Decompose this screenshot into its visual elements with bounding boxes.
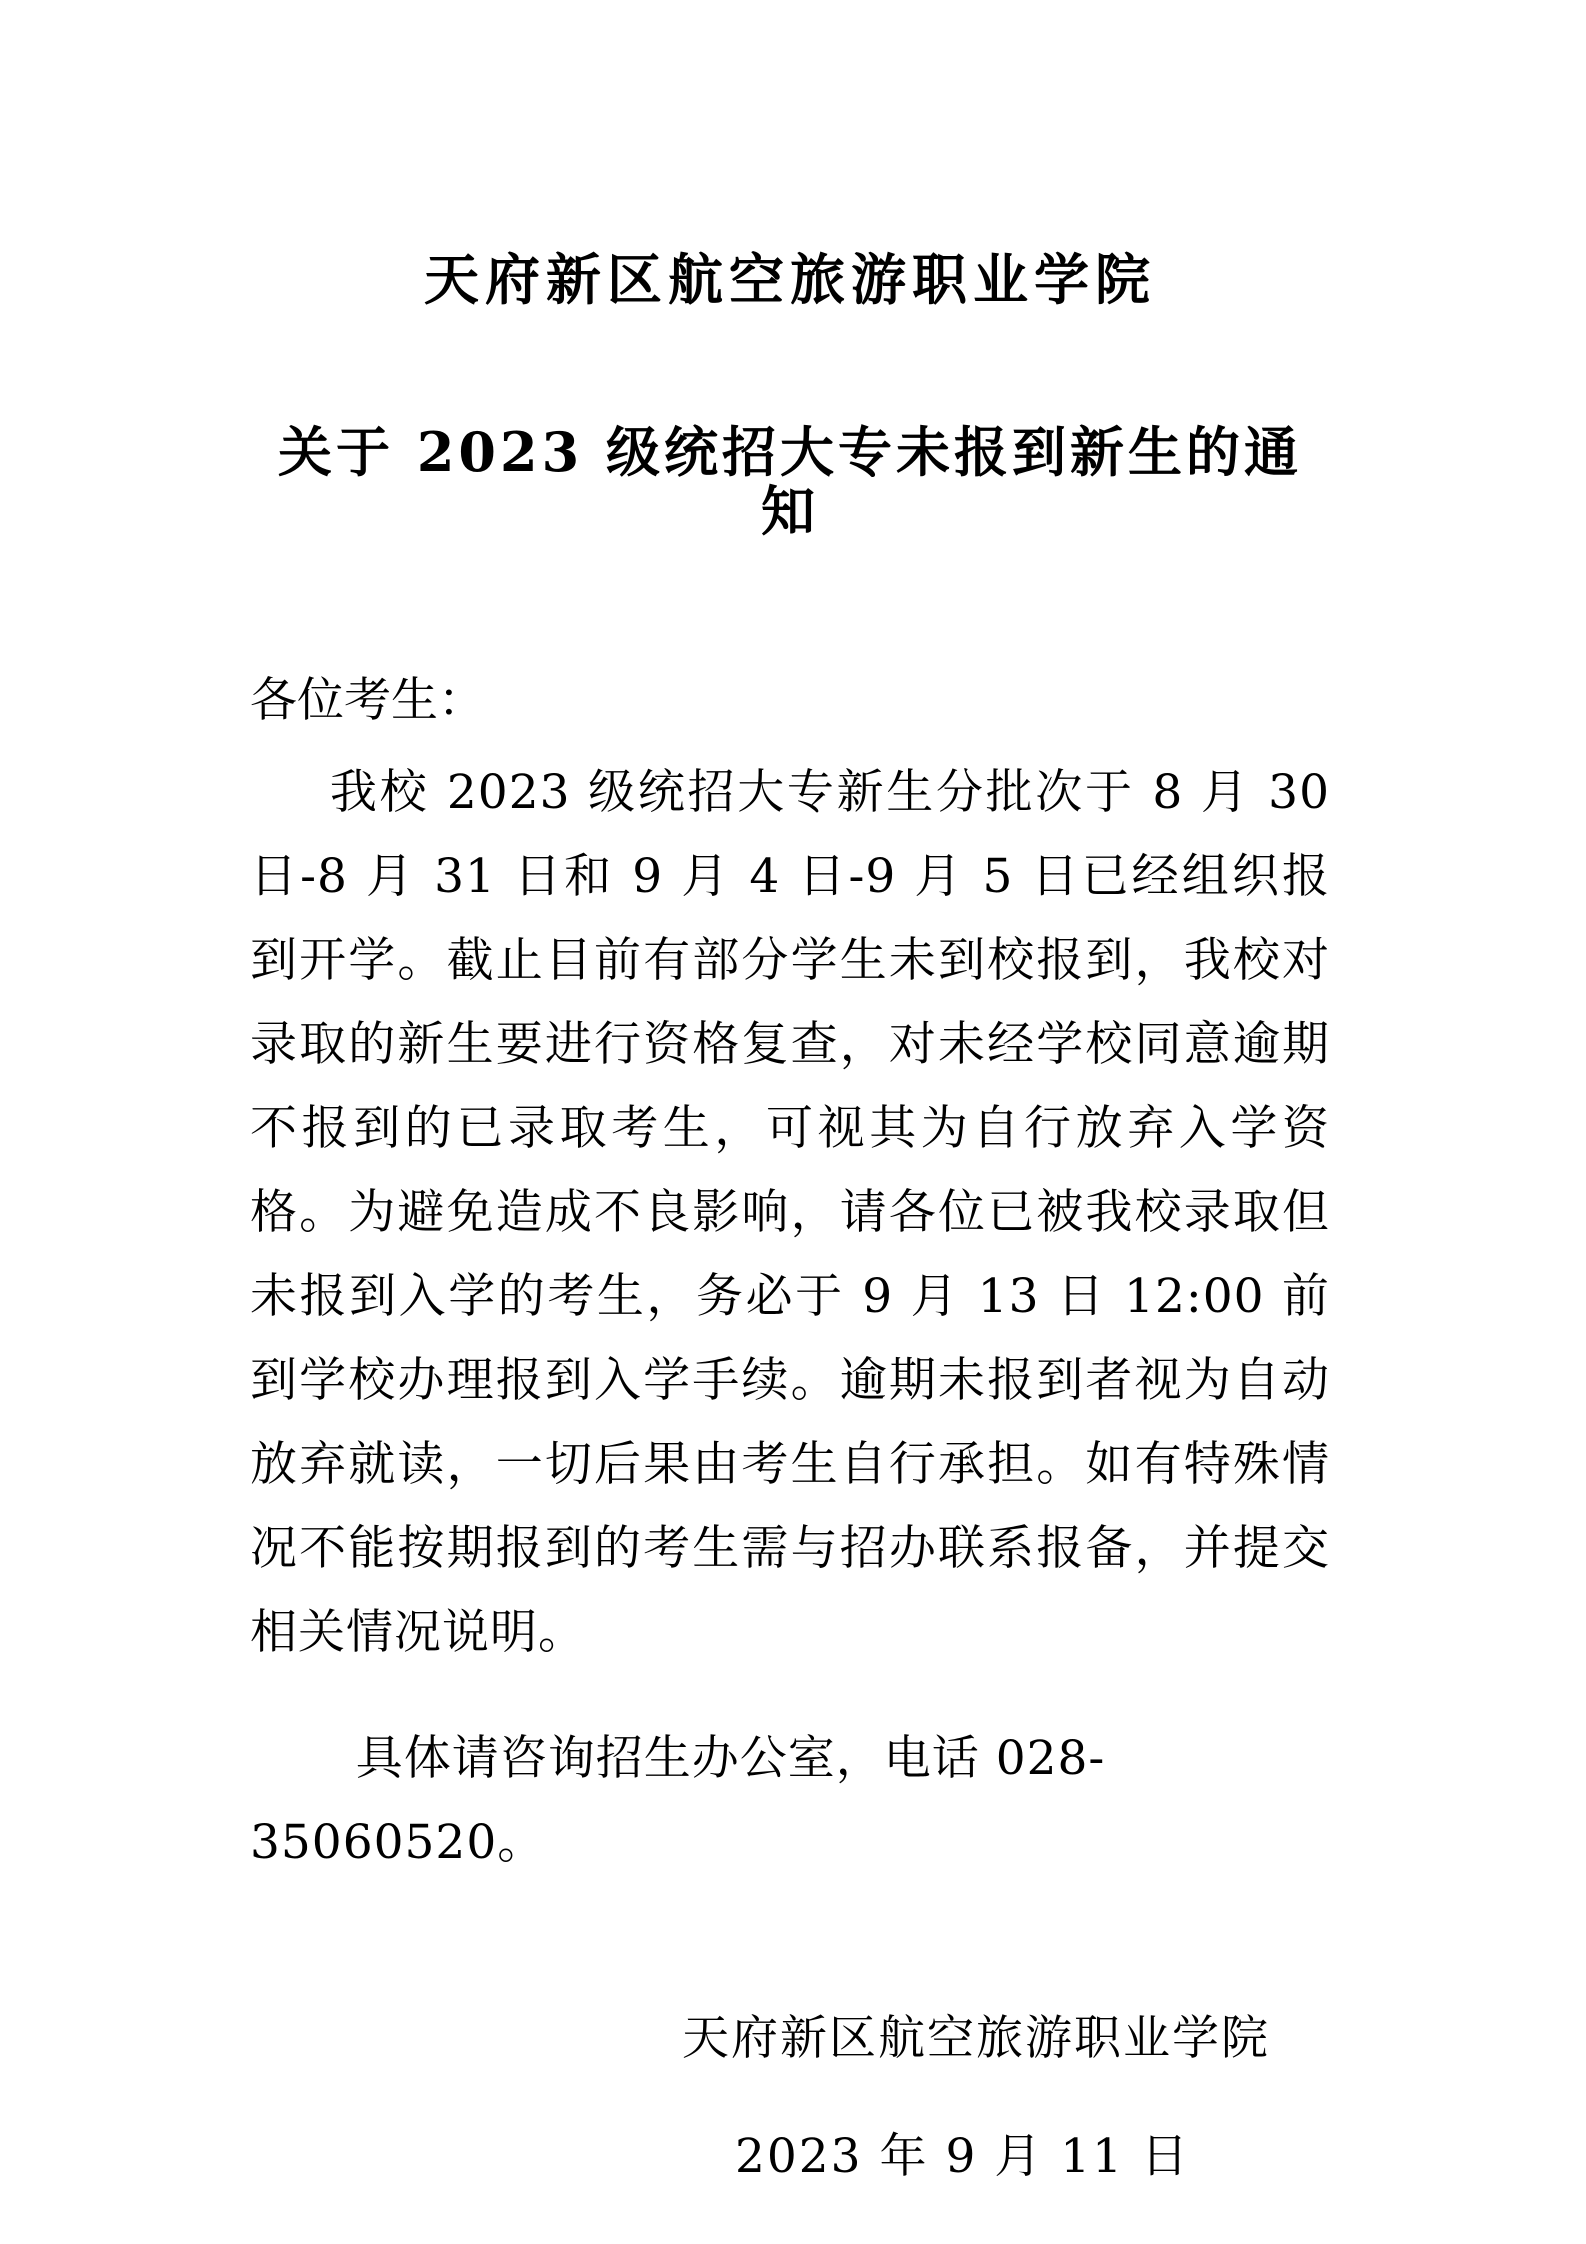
document-title-school-name: 天府新区航空旅游职业学院 bbox=[250, 250, 1330, 311]
signature-date: 2023 年 9 月 11 日 bbox=[250, 2127, 1330, 2187]
salutation-line: 各位考生： bbox=[250, 659, 1330, 743]
notice-body-paragraph: 我校 2023 级统招大专新生分批次于 8 月 30 日-8 月 31 日和 9… bbox=[250, 751, 1330, 1675]
signature-school-name: 天府新区航空旅游职业学院 bbox=[250, 2009, 1330, 2069]
document-title-notice-subject: 关于 2023 级统招大专未报到新生的通知 bbox=[250, 423, 1330, 542]
notice-document-page: 天府新区航空旅游职业学院 关于 2023 级统招大专未报到新生的通知 各位考生：… bbox=[0, 0, 1586, 2244]
document-content: 天府新区航空旅游职业学院 关于 2023 级统招大专未报到新生的通知 各位考生：… bbox=[0, 0, 1586, 2244]
contact-info-paragraph: 具体请咨询招生办公室，电话 028-35060520。 bbox=[250, 1717, 1330, 1885]
signature-block: 天府新区航空旅游职业学院 2023 年 9 月 11 日 bbox=[250, 2009, 1330, 2187]
